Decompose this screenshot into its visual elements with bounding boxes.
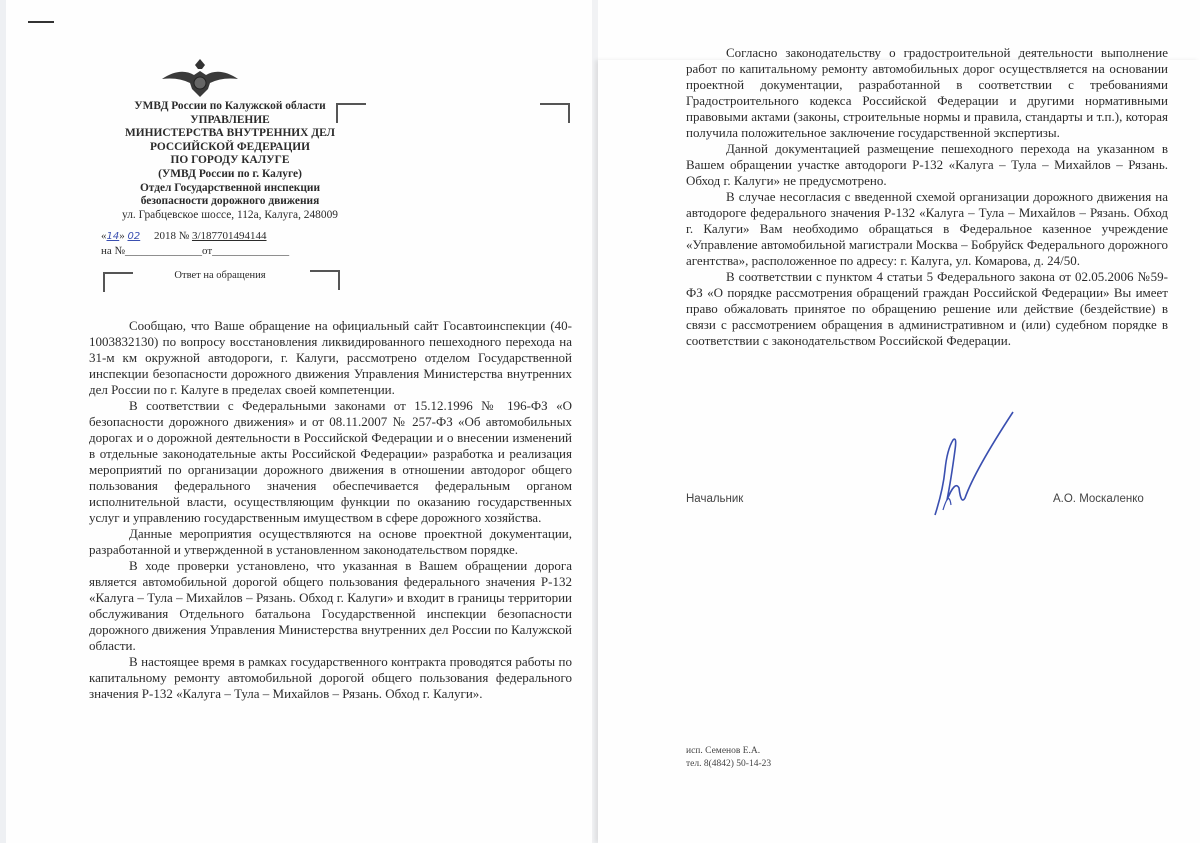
handwritten-month: 02 xyxy=(127,231,140,242)
paragraph: Согласно законодательству о градостроите… xyxy=(686,45,1168,141)
document-year: 2018 № xyxy=(154,230,189,242)
letterhead-address: ул. Грабцевское шоссе, 112а, Калуга, 248… xyxy=(80,209,380,223)
letterhead-line: РОССИЙСКОЙ ФЕДЕРАЦИИ xyxy=(80,141,380,155)
handwritten-day: 14 xyxy=(107,231,120,242)
page-mark-dash xyxy=(28,21,54,23)
executor-footer: исп. Семенов Е.А. тел. 8(4842) 50-14-23 xyxy=(686,745,771,771)
subject-line: Ответ на обращения xyxy=(80,270,360,281)
paragraph: Сообщаю, что Ваше обращение на официальн… xyxy=(89,318,572,398)
paragraph: В случае несогласия с введенной схемой о… xyxy=(686,189,1168,269)
signatory-name: А.О. Москаленко xyxy=(1053,493,1144,505)
executor-name: исп. Семенов Е.А. xyxy=(686,745,771,758)
paragraph: Данные мероприятия осуществляются на осн… xyxy=(89,526,572,558)
signatory-title: Начальник xyxy=(686,493,743,505)
letterhead-line: Отдел Государственной инспекции xyxy=(80,182,380,196)
document-number-line: «14» 02 2018 № 3/187701494144 xyxy=(101,230,267,242)
paragraph: В соответствии с Федеральными законами о… xyxy=(89,398,572,526)
letterhead: УМВД России по Калужской области УПРАВЛЕ… xyxy=(80,100,380,222)
address-bracket-top-right xyxy=(540,103,570,123)
letterhead-line: МИНИСТЕРСТВА ВНУТРЕННИХ ДЕЛ xyxy=(80,127,380,141)
right-page-body: Согласно законодательству о градостроите… xyxy=(686,45,1168,349)
letterhead-line: ПО ГОРОДУ КАЛУГЕ xyxy=(80,154,380,168)
paragraph: В соответствии с пунктом 4 статьи 5 Феде… xyxy=(686,269,1168,349)
document-number: 3/187701494144 xyxy=(192,230,267,242)
letterhead-line: безопасности дорожного движения xyxy=(80,195,380,209)
executor-phone: тел. 8(4842) 50-14-23 xyxy=(686,758,771,771)
left-page-body: Сообщаю, что Ваше обращение на официальн… xyxy=(89,318,572,702)
letterhead-line: (УМВД России по г. Калуге) xyxy=(80,168,380,182)
letterhead-line: УПРАВЛЕНИЕ xyxy=(80,114,380,128)
paragraph: В настоящее время в рамках государственн… xyxy=(89,654,572,702)
letterhead-line: УМВД России по Калужской области xyxy=(80,100,380,114)
address-bracket-top-left xyxy=(336,103,366,123)
signature-icon xyxy=(925,410,1015,520)
reference-line: на №______________от______________ xyxy=(101,245,289,257)
quote-close: » xyxy=(119,230,125,242)
eagle-emblem-icon xyxy=(160,57,240,102)
paragraph: В ходе проверки установлено, что указанн… xyxy=(89,558,572,654)
paragraph: Данной документацией размещение пешеходн… xyxy=(686,141,1168,189)
